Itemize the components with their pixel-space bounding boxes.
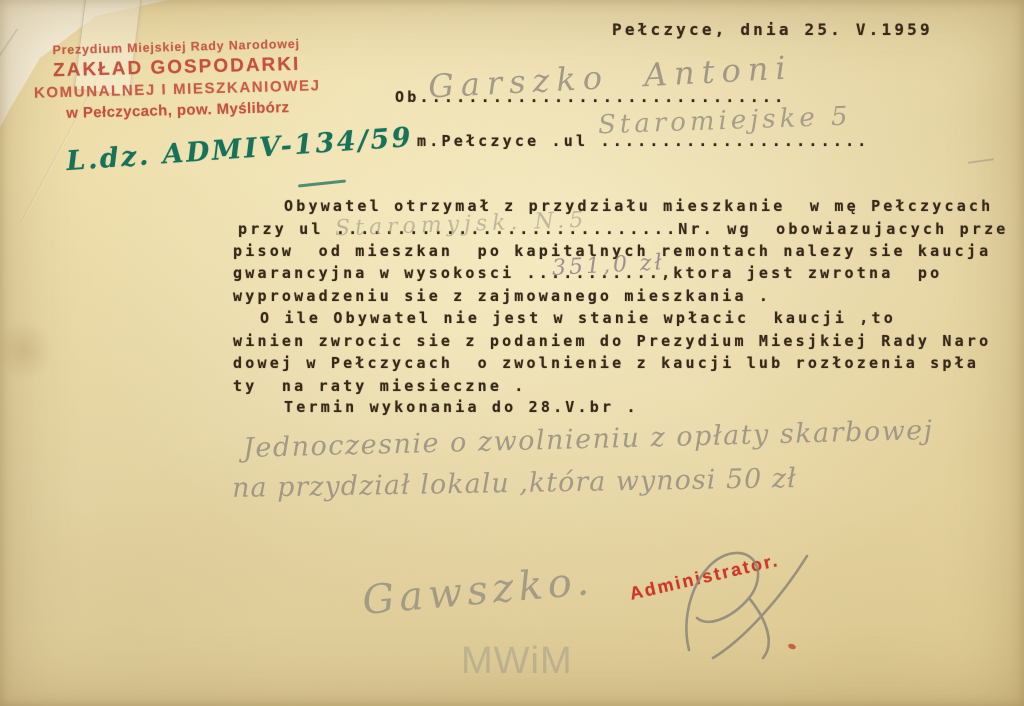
document-scan: Prezydium Miejskiej Rady Narodowej ZAKŁA… bbox=[0, 0, 1024, 706]
reference-number-handwritten: L.dz. ADMIV-134/59 bbox=[65, 122, 414, 177]
body-line: O ile Obywatel nie jest w stanie wpłacic… bbox=[260, 309, 896, 327]
marginal-note-line-1: Jednoczesnie o zwolnieniu z opłaty skarb… bbox=[243, 415, 934, 464]
pencil-dash bbox=[968, 158, 994, 164]
signature-flourish bbox=[655, 538, 830, 663]
body-line: wyprowadzeniu sie z zajmowanego mieszkan… bbox=[233, 287, 771, 305]
body-line: Obywatel otrzymał z przydziału mieszkani… bbox=[284, 197, 993, 215]
signature-handwritten: Gawszko. bbox=[360, 558, 595, 624]
body-line: dowej w Pełczycach o zwolnienie z kaucji… bbox=[233, 354, 979, 372]
body-line: winien zwrocic sie z podaniem do Prezydi… bbox=[233, 332, 991, 350]
marginal-note-line-2: na przydział lokalu ,która wynosi 50 zł bbox=[232, 463, 797, 504]
stamp-line-location: w Pełczycach, pow. Myślibórz bbox=[27, 98, 329, 123]
body-line: ty na raty miesieczne . bbox=[233, 377, 527, 395]
watermark: MWiM bbox=[461, 640, 573, 683]
reference-underline bbox=[298, 179, 346, 187]
date-line: Pełczyce, dnia 25. V.1959 bbox=[612, 20, 933, 39]
office-stamp: Prezydium Miejskiej Rady Narodowej ZAKŁA… bbox=[25, 36, 329, 123]
paper-stain bbox=[0, 320, 54, 380]
body-line: Termin wykonania do 28.V.br . bbox=[284, 398, 639, 416]
